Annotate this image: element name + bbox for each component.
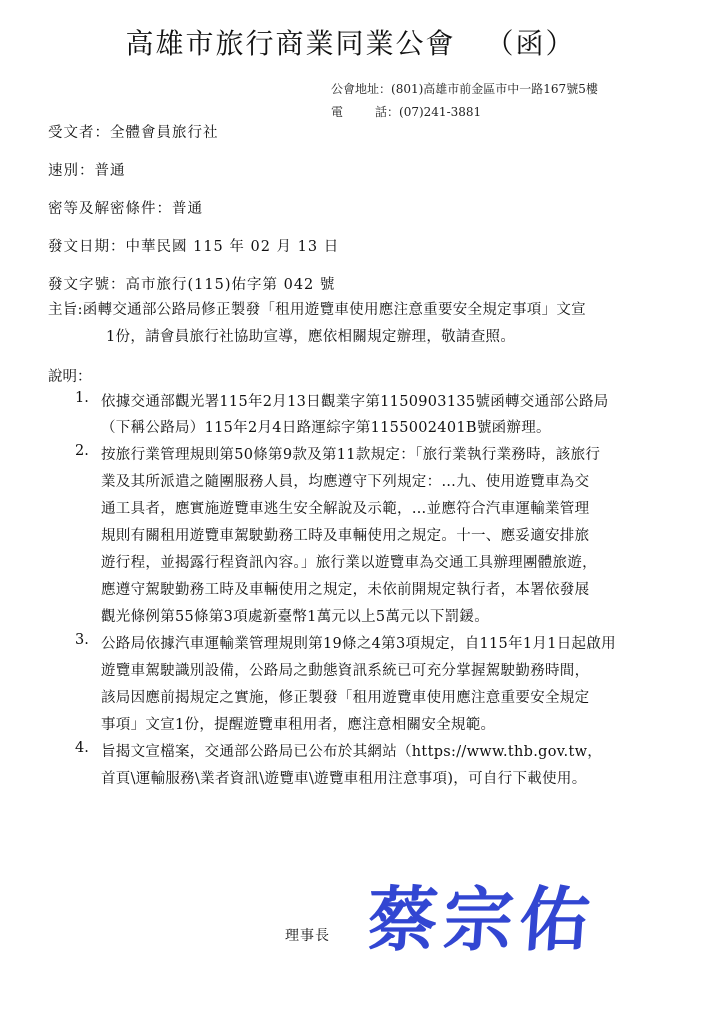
- org-address: 公會地址：(801)高雄市前金區市中一路167號5樓: [331, 80, 598, 97]
- item-line: 事項」文宣1份，提醒遊覽車租用者，應注意相關安全規範。: [101, 713, 495, 734]
- item-line: 依據交通部觀光署115年2月13日觀業字第1150903135號函轉交通部公路局: [101, 390, 609, 411]
- org-name: 高雄市旅行商業同業公會: [125, 27, 455, 60]
- item-line: 公路局依據汽車運輸業管理規則第19條之4第3項規定，自115年1月1日起啟用: [101, 632, 616, 653]
- item-line: 該局因應前揭規定之實施，修正製發「租用遊覽車使用應注意重要安全規定: [101, 686, 589, 707]
- item-number: 4.: [75, 740, 89, 756]
- item-line: 通工具者，應實施遊覽車逃生安全解說及示範，…並應符合汽車運輸業管理: [101, 497, 589, 518]
- item-number: 3.: [75, 632, 89, 648]
- send-date: 發文日期：中華民國 115 年 02 月 13 日: [48, 235, 339, 256]
- org-phone: 電話：(07)241-3881: [331, 103, 481, 120]
- item-line: （下稱公路局）115年2月4日路運綜字第1155002401B號函辦理。: [101, 416, 551, 437]
- recipient: 受文者：全體會員旅行社: [48, 121, 219, 142]
- phone-value: (07)241-3881: [399, 105, 481, 119]
- item-line: 觀光條例第55條第3項處新臺幣1萬元以上5萬元以下罰鍰。: [101, 605, 489, 626]
- subject-line: 1份，請會員旅行社協助宣導，應依相關規定辦理，敬請查照。: [106, 325, 515, 346]
- phone-label-1: 電: [331, 105, 343, 119]
- item-line: 遊行程，並揭露行程資訊內容。」旅行業以遊覽車為交通工具辦理團體旅遊，: [101, 551, 597, 572]
- document-title: 高雄市旅行商業同業公會（函）: [0, 22, 701, 62]
- signature-stamp: 蔡宗佑: [364, 864, 599, 965]
- classification: 密等及解密條件：普通: [48, 197, 203, 218]
- subject-line: 主旨:函轉交通部公路局修正製發「租用遊覽車使用應注意重要安全規定事項」文宣: [48, 298, 586, 319]
- item-line: 遊覽車駕駛識別設備，公路局之動態資訊系統已可充分掌握駕駛勤務時間，: [101, 659, 589, 680]
- item-line: 按旅行業管理規則第50條第9款及第11款規定：「旅行業執行業務時，該旅行: [101, 443, 600, 464]
- item-line: 業及其所派遣之隨團服務人員，均應遵守下列規定：…九、使用遊覽車為交: [101, 470, 589, 491]
- doc-type: （函）: [486, 27, 576, 60]
- phone-label-2: 話：: [375, 105, 399, 119]
- address-value: (801)高雄市前金區市中一路167號5樓: [391, 82, 598, 96]
- item-line: 旨揭文宣檔案，交通部公路局已公布於其網站（https://www.thb.gov…: [101, 740, 602, 761]
- speed: 速別：普通: [48, 159, 126, 180]
- item-number: 1.: [75, 390, 89, 406]
- item-number: 2.: [75, 443, 89, 459]
- item-line: 規則有關租用遊覽車駕駛勤務工時及車輛使用之規定。十一、應妥適安排旅: [101, 524, 589, 545]
- item-line: 應遵守駕駛勤務工時及車輛使用之規定，未依前開規定執行者，本署依發展: [101, 578, 589, 599]
- doc-number: 發文字號：高市旅行(115)佑字第 042 號: [48, 273, 335, 294]
- address-label: 公會地址：: [331, 82, 391, 96]
- signatory-title: 理事長: [285, 925, 330, 945]
- explanation-label: 說明：: [48, 365, 92, 386]
- item-line: 首頁\運輸服務\業者資訊\遊覽車\遊覽車租用注意事項)，可自行下載使用。: [101, 767, 587, 788]
